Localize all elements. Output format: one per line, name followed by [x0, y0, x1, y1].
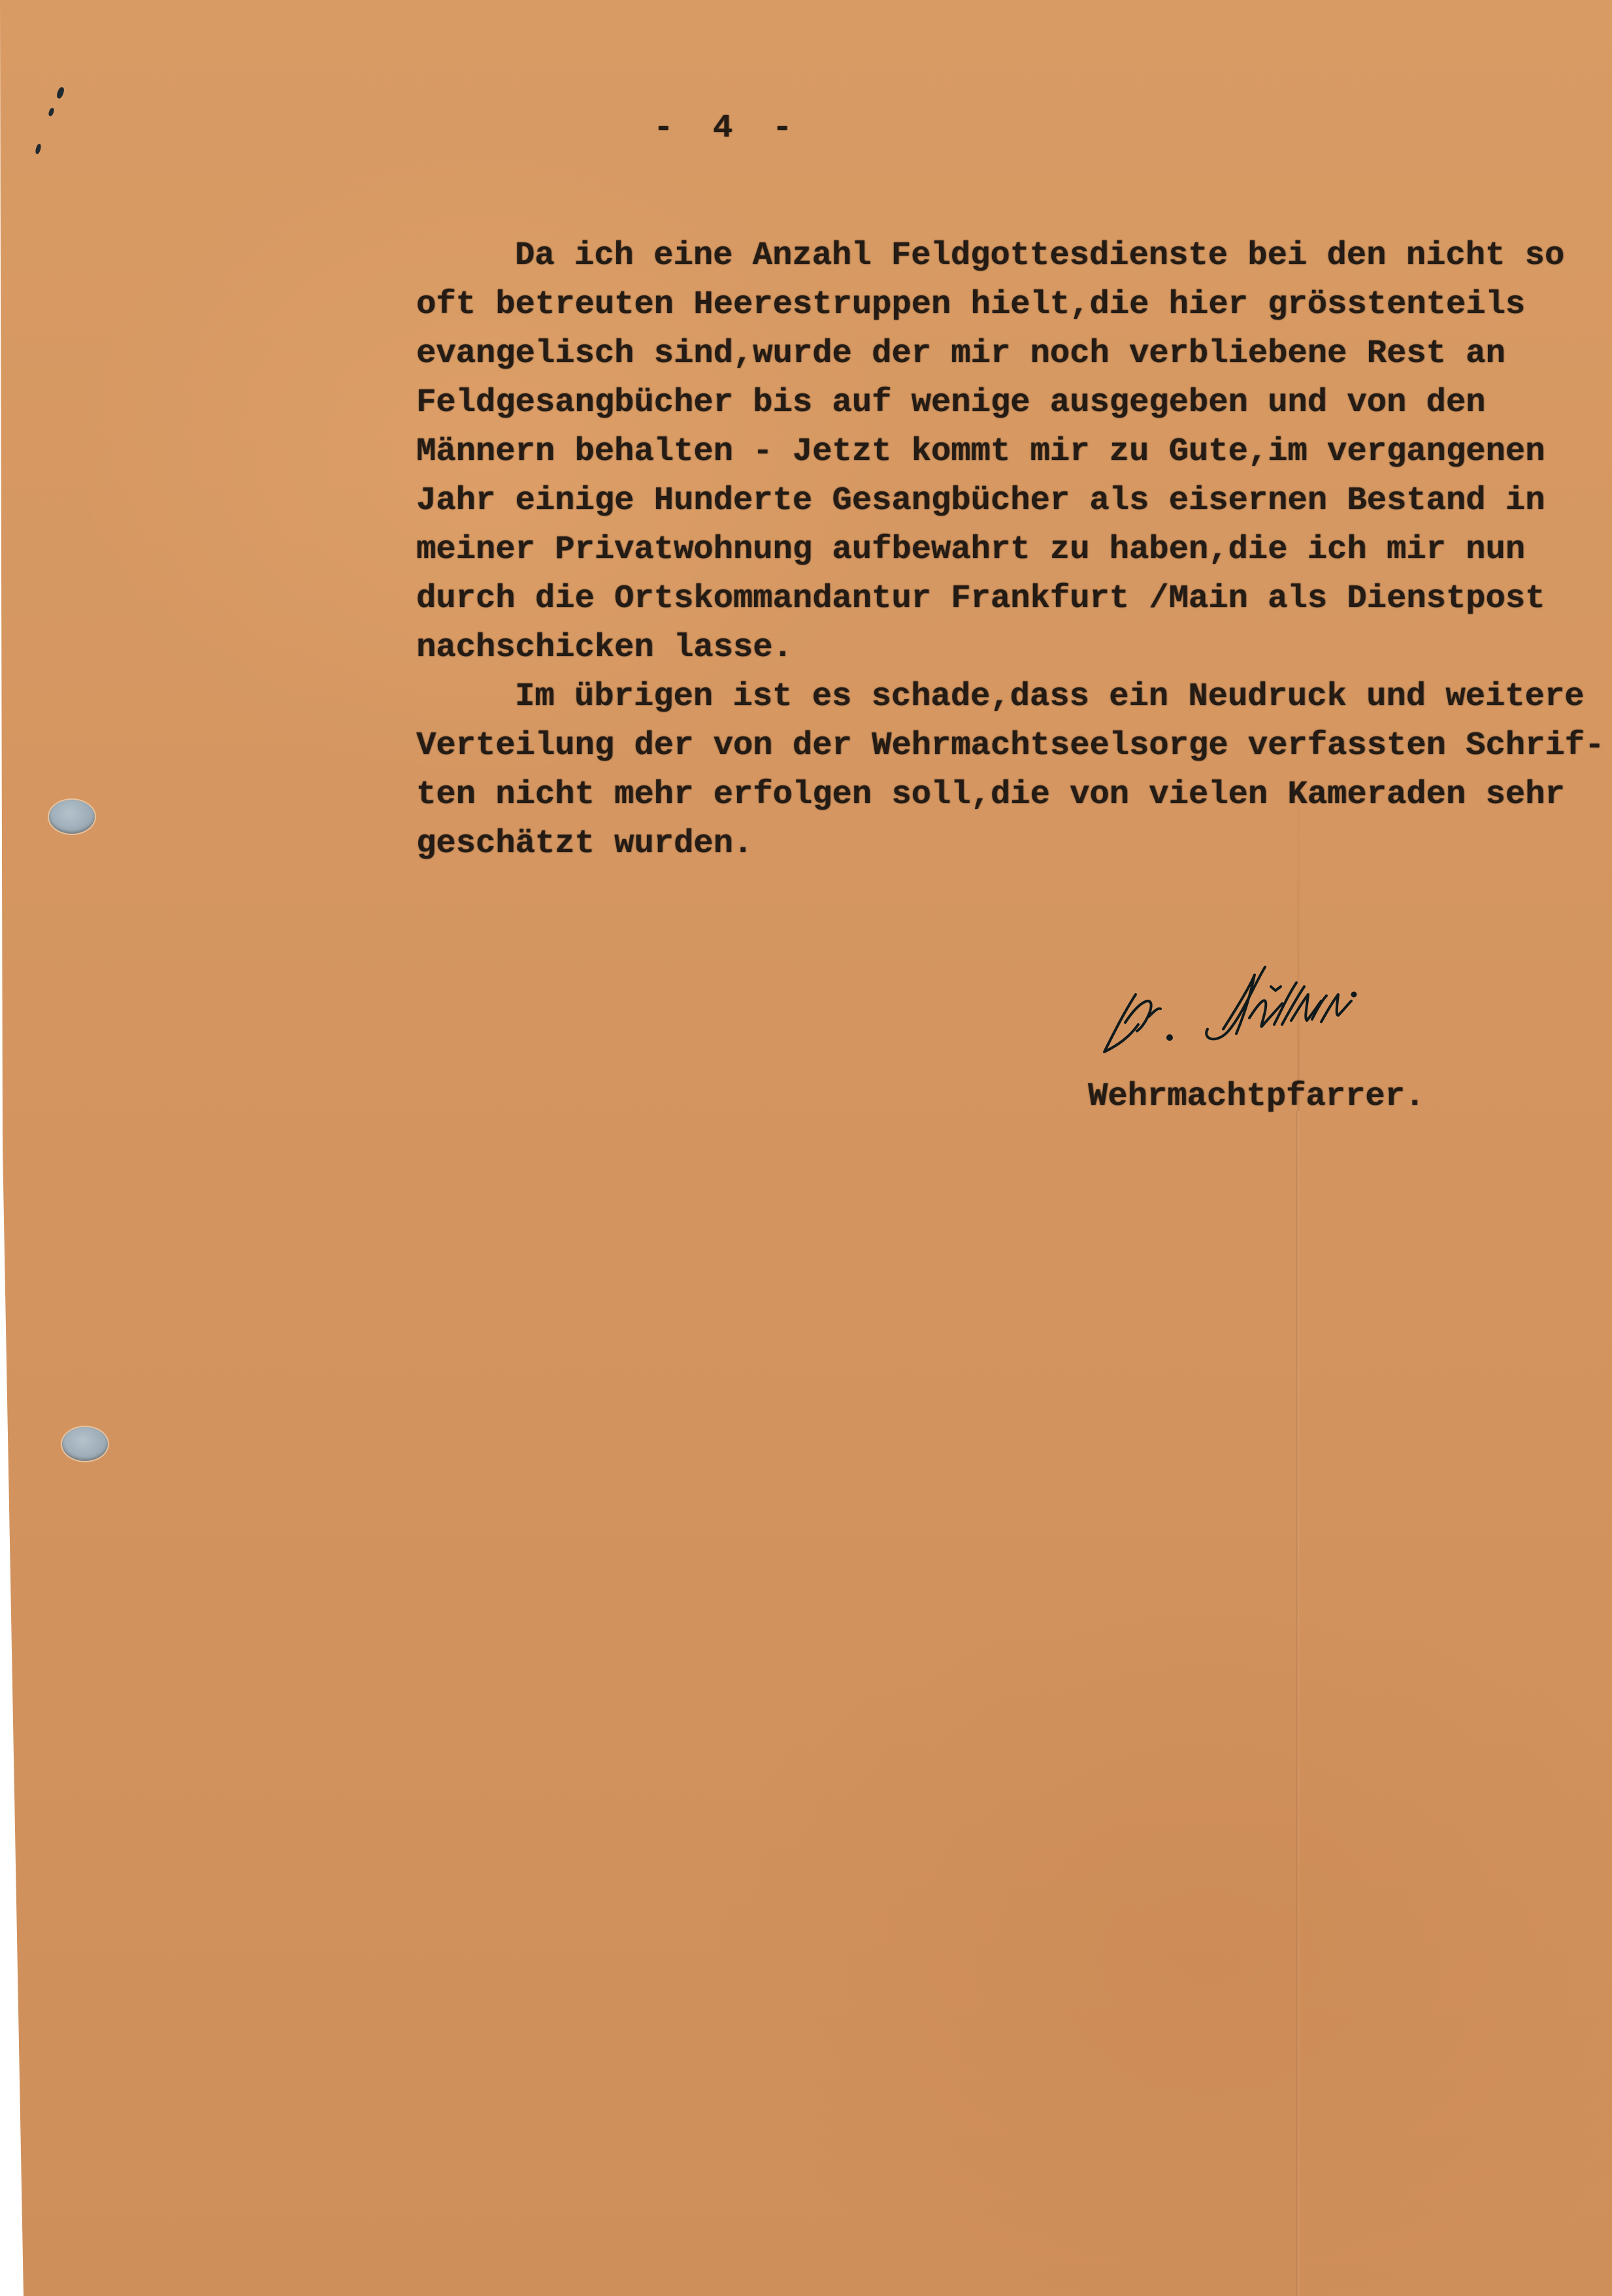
punch-hole: [49, 800, 95, 834]
text-line: evangelisch sind,wurde der mir noch verb…: [416, 330, 1505, 378]
staple-mark: [48, 107, 55, 117]
text-line: Im übrigen ist es schade,dass ein Neudru…: [515, 673, 1584, 721]
text-line: durch die Ortskommandantur Frankfurt /Ma…: [416, 575, 1545, 623]
text-line: Feldgesangbücher bis auf wenige ausgegeb…: [416, 379, 1485, 427]
staple-mark: [56, 86, 65, 99]
fold-crease: [1296, 1111, 1300, 2296]
punch-hole: [62, 1427, 108, 1461]
text-line: nachschicken lasse.: [416, 624, 793, 672]
text-line: Verteilung der von der Wehrmachtseelsorg…: [416, 722, 1604, 770]
paper-sheet: - 4 - Da ich eine Anzahl Feldgottesdiens…: [0, 0, 1612, 2296]
text-line: ten nicht mehr erfolgen soll,die von vie…: [416, 771, 1565, 819]
text-line: Jahr einige Hunderte Gesangbücher als ei…: [416, 477, 1545, 525]
page-number: - 4 -: [653, 105, 792, 153]
handwritten-signature: [1078, 960, 1418, 1072]
text-line: Da ich eine Anzahl Feldgottesdienste bei…: [515, 232, 1564, 280]
text-line: geschätzt wurden.: [416, 820, 753, 868]
text-line: oft betreuten Heerestruppen hielt,die hi…: [416, 281, 1525, 329]
text-line: Männern behalten - Jetzt kommt mir zu Gu…: [416, 428, 1545, 476]
signature-title: Wehrmachtpfarrer.: [1088, 1073, 1424, 1121]
text-line: meiner Privatwohnung aufbewahrt zu haben…: [416, 526, 1525, 574]
staple-mark: [35, 143, 42, 154]
